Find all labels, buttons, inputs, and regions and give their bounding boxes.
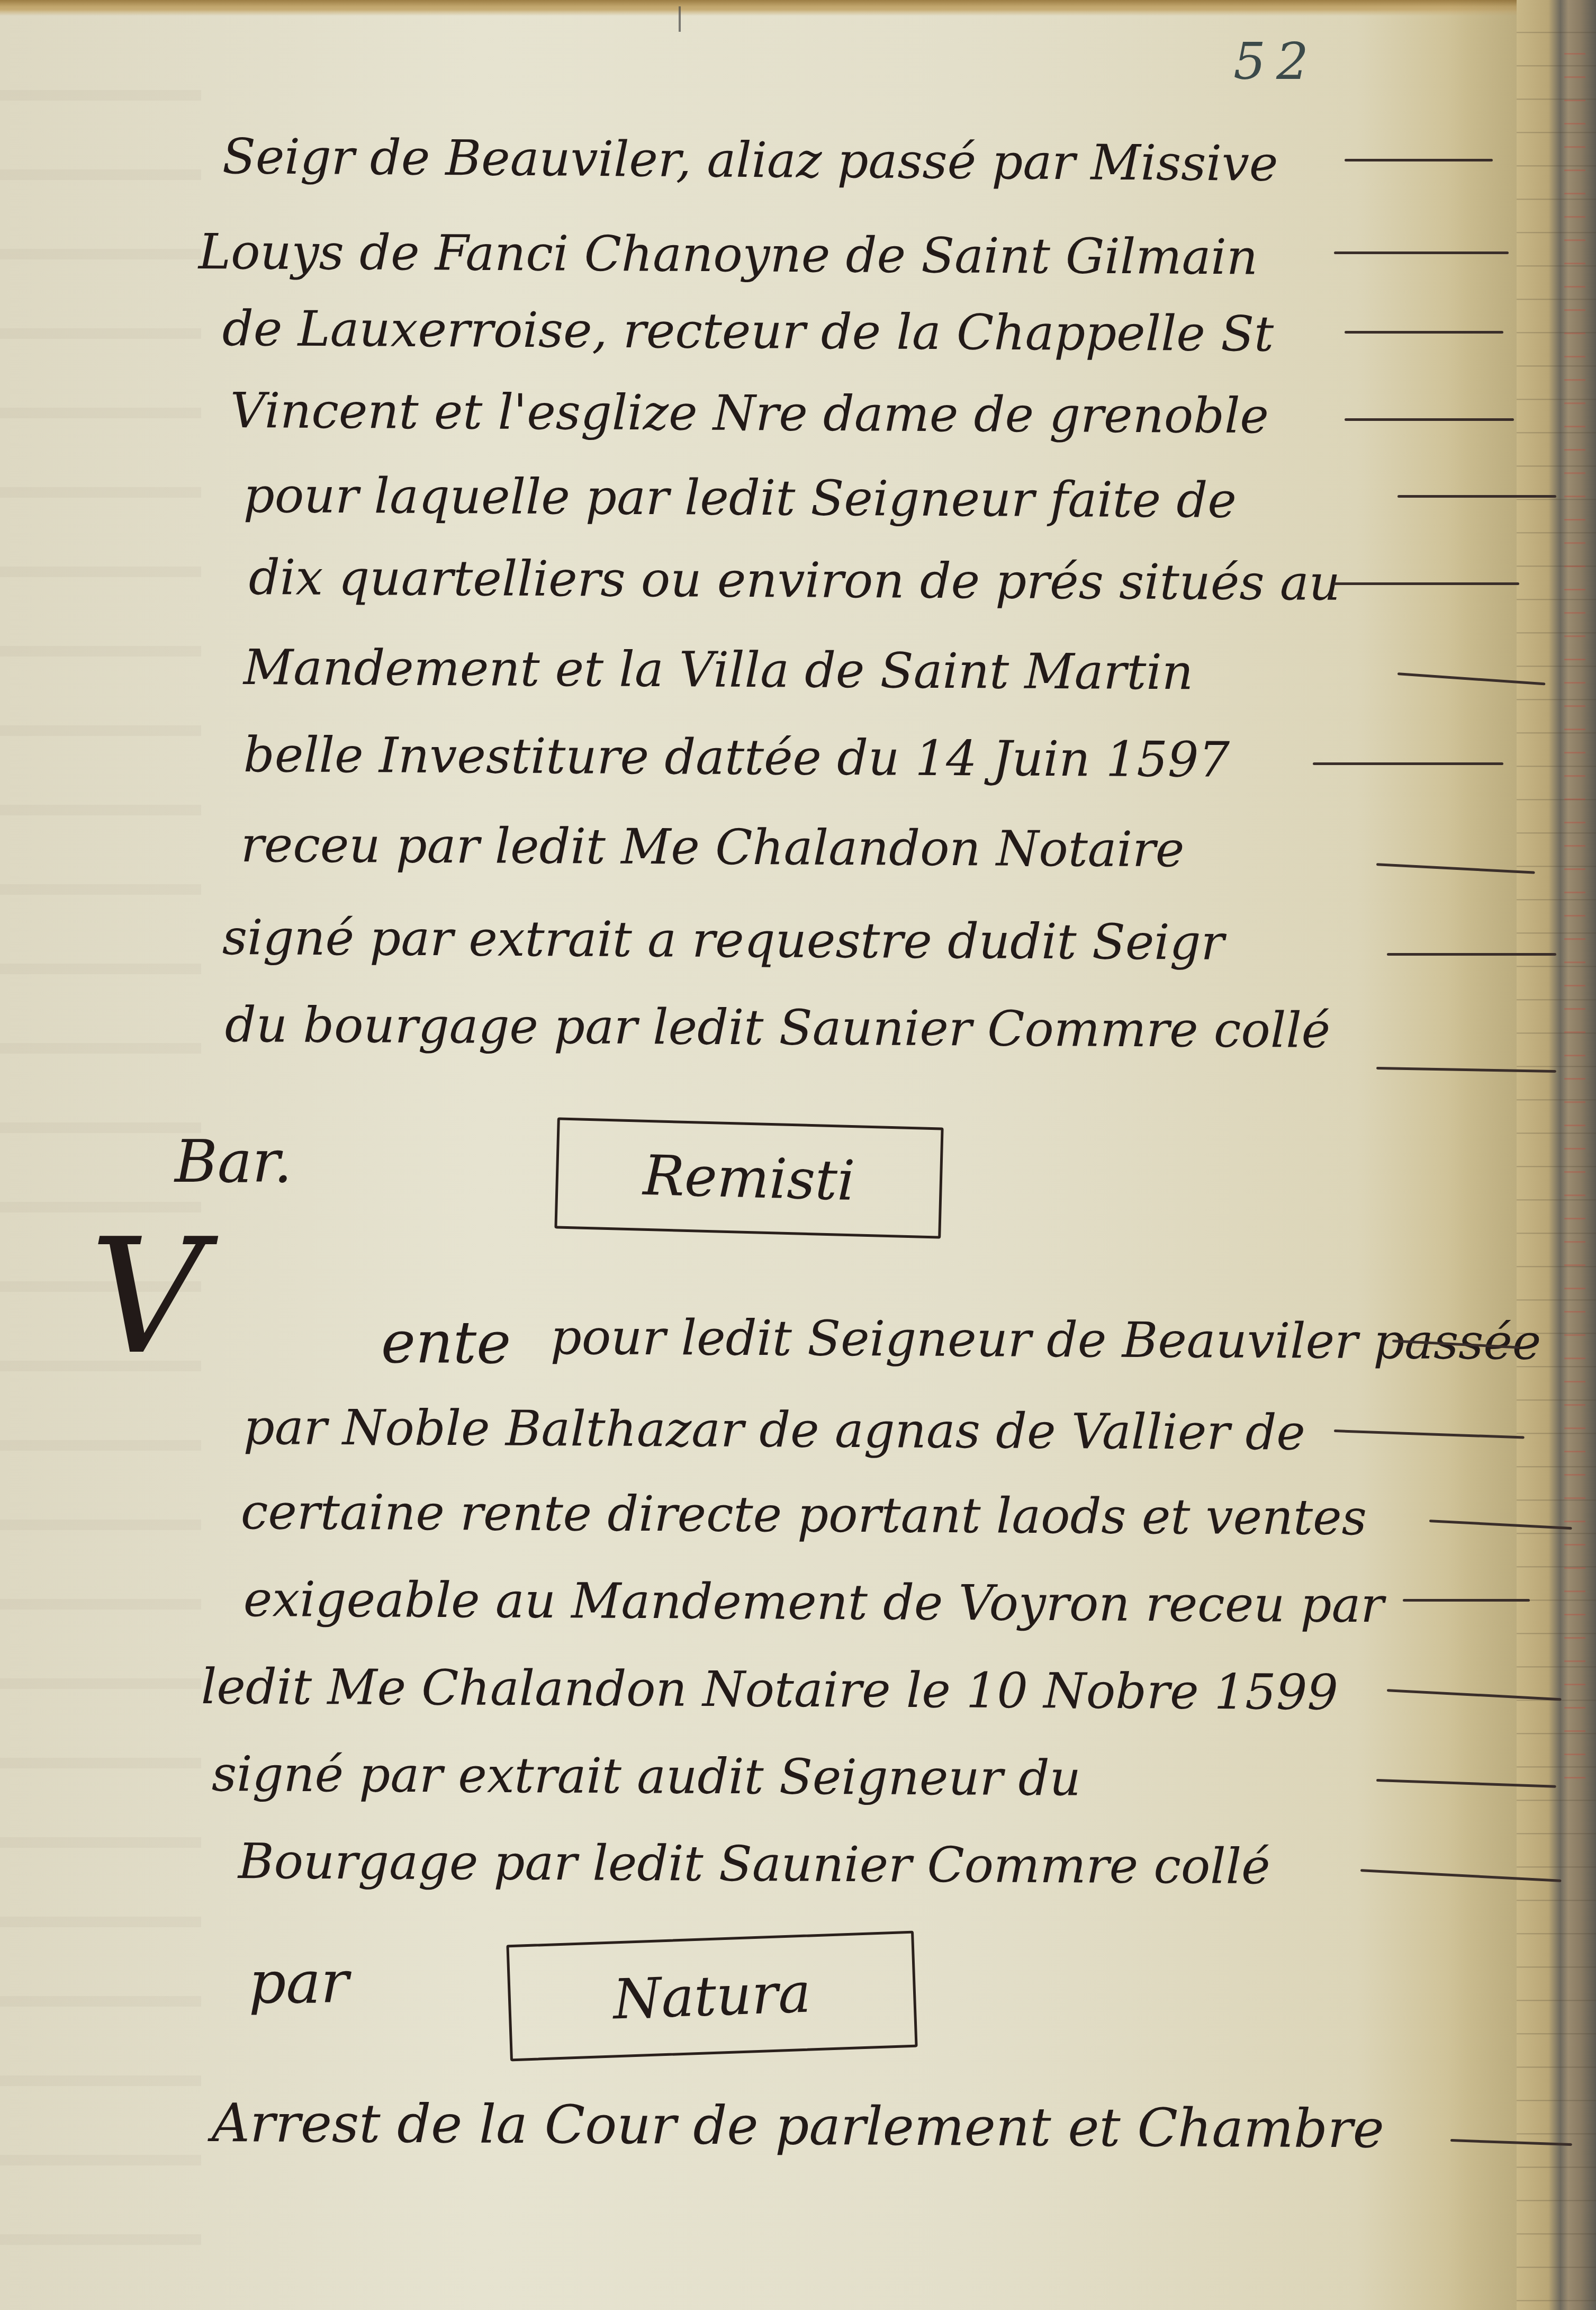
margin-label-bar: Bar. <box>175 1128 292 1196</box>
line-text: Mandement et la Villa de Saint Martin <box>244 643 1194 697</box>
line-text: signé par extrait audit Seigneur du <box>212 1750 1081 1803</box>
line-text: receu par ledit Me Chalandon Notaire <box>241 821 1185 874</box>
entry-1-line-11: du bourgage par ledit Saunier Commre col… <box>225 1001 1331 1055</box>
boxed-annotation-natura: Natura <box>506 1931 917 2062</box>
entry-2-heading: ente <box>381 1313 511 1372</box>
entry-2-line-4: exigeable au Mandement de Voyron receu p… <box>244 1575 1384 1630</box>
entry-1-line-7: Mandement et la Villa de Saint Martin <box>244 643 1194 697</box>
page-number: 52 <box>1233 32 1319 91</box>
boxed-annotation-remisti: Remisti <box>554 1117 943 1238</box>
line-filler-dash <box>1397 495 1556 498</box>
line-filler-dash <box>1334 582 1519 585</box>
line-filler-dash <box>1313 762 1503 765</box>
entry-2-line-5: ledit Me Chalandon Notaire le 10 Nobre 1… <box>201 1662 1338 1717</box>
entry-1-line-6: dix quartelliers ou environ de prés situ… <box>249 553 1341 608</box>
boxed-annotation-text: Natura <box>612 1961 812 2032</box>
line-text: Arrest de la Cour de parlement et Chambr… <box>212 2097 1384 2156</box>
line-text: pour laquelle par ledit Seigneur faite d… <box>244 471 1237 525</box>
entry-1-line-1: Seigr de Beauviler, aliaz passé par Miss… <box>222 132 1278 188</box>
entry-1-line-4: Vincent et l'esglize Nre dame de grenobl… <box>230 387 1269 441</box>
line-text: Bourgage par ledit Saunier Commre collé <box>238 1837 1270 1891</box>
line-text: Louys de Fanci Chanoyne de Saint Gilmain <box>199 228 1258 282</box>
entry-2-line-6: signé par extrait audit Seigneur du <box>212 1750 1081 1803</box>
entry-2-line-3: certaine rente directe portant laods et … <box>241 1488 1367 1542</box>
entry-1-line-5: pour laquelle par ledit Seigneur faite d… <box>244 471 1237 525</box>
line-filler-dash <box>1403 1599 1530 1602</box>
line-text: ledit Me Chalandon Notaire le 10 Nobre 1… <box>201 1662 1338 1717</box>
entry-2-line-7: Bourgage par ledit Saunier Commre collé <box>238 1837 1270 1891</box>
line-filler-dash <box>1345 418 1514 421</box>
line-filler-dash <box>1345 159 1493 161</box>
entry-1-line-10: signé par extrait a requestre dudit Seig… <box>222 913 1224 967</box>
line-text: belle Investiture dattée du 14 Juin 1597 <box>244 731 1230 785</box>
red-edge-marks <box>1564 32 1585 1779</box>
boxed-annotation-text: Remisti <box>642 1143 855 1213</box>
line-filler-dash <box>1334 251 1509 254</box>
line-text: dix quartelliers ou environ de prés situ… <box>249 553 1341 608</box>
top-tick-mark <box>679 6 681 32</box>
entry-1-line-3: de Lauxerroise, recteur de la Chappelle … <box>222 304 1274 358</box>
top-page-edge <box>0 0 1596 12</box>
margin-label-par: par <box>249 1948 349 2016</box>
book-fore-edge <box>1517 0 1596 2310</box>
line-text: Vincent et l'esglize Nre dame de grenobl… <box>230 387 1269 441</box>
line-text: du bourgage par ledit Saunier Commre col… <box>225 1001 1331 1055</box>
manuscript-page-scan: 52 Seigr de Beauviler, aliaz passé par M… <box>0 0 1596 2310</box>
entry-2-line-2: par Noble Balthazar de agnas de Vallier … <box>244 1403 1305 1458</box>
entry-3-line-1: Arrest de la Cour de parlement et Chambr… <box>212 2097 1384 2156</box>
line-filler-dash <box>1387 953 1556 956</box>
line-text: signé par extrait a requestre dudit Seig… <box>222 913 1224 967</box>
heading-text: ente <box>381 1313 511 1372</box>
line-text: certaine rente directe portant laods et … <box>241 1488 1367 1542</box>
line-filler-dash <box>1345 331 1503 334</box>
entry-1-line-2: Louys de Fanci Chanoyne de Saint Gilmain <box>199 228 1258 282</box>
page-curve-shadow <box>1448 0 1522 2310</box>
line-text: Seigr de Beauviler, aliaz passé par Miss… <box>222 132 1278 188</box>
entry-1-line-8: belle Investiture dattée du 14 Juin 1597 <box>244 731 1230 785</box>
entry-1-line-9: receu par ledit Me Chalandon Notaire <box>241 821 1185 874</box>
decorated-initial-v: V <box>90 1218 205 1377</box>
ink-bleed-through <box>0 21 201 2298</box>
line-text: de Lauxerroise, recteur de la Chappelle … <box>222 304 1274 358</box>
line-text: par Noble Balthazar de agnas de Vallier … <box>244 1403 1305 1458</box>
line-text: exigeable au Mandement de Voyron receu p… <box>244 1575 1384 1630</box>
